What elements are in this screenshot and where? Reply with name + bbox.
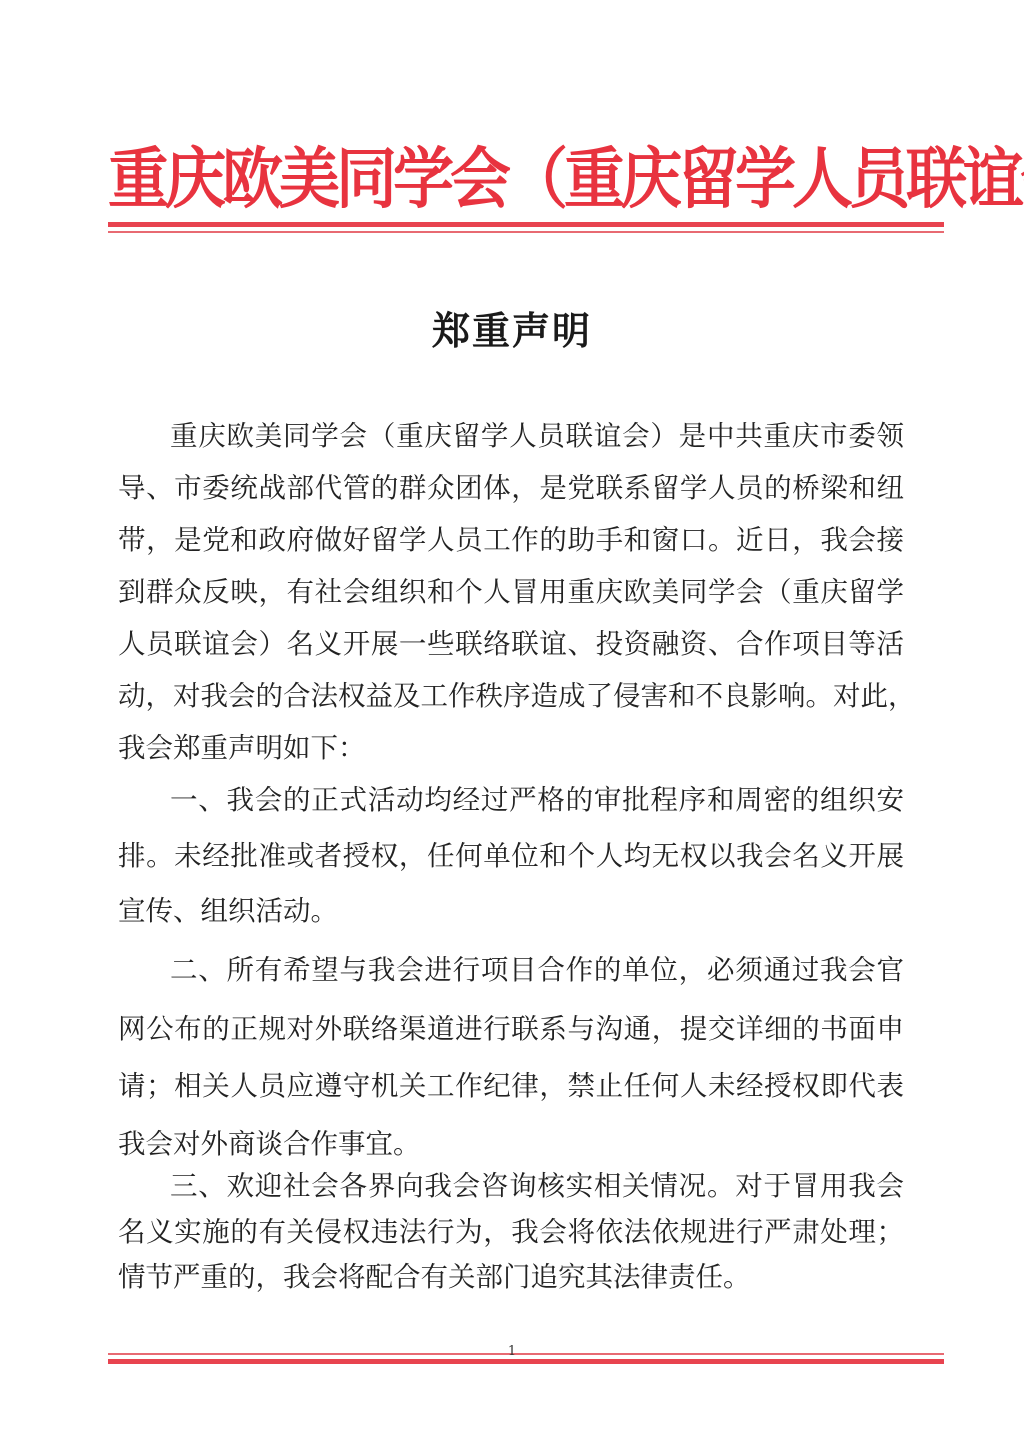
paragraph-4-line-3: 情节严重的，我会将配合有关部门追究其法律责任。 xyxy=(118,1251,904,1303)
footer-rule-thick xyxy=(108,1359,944,1364)
paragraph-3-line-3: 请；相关人员应遵守机关工作纪律，禁止任何人未经授权即代表 xyxy=(118,1060,904,1112)
paragraph-1-line-4: 到群众反映，有社会组织和个人冒用重庆欧美同学会（重庆留学 xyxy=(118,566,904,618)
paragraph-1-line-7: 我会郑重声明如下： xyxy=(118,722,904,774)
paragraph-1-line-2: 导、市委统战部代管的群众团体，是党联系留学人员的桥梁和纽 xyxy=(118,462,904,514)
paragraph-2-line-1: 一、我会的正式活动均经过严格的审批程序和周密的组织安 xyxy=(170,774,904,826)
letterhead-title: 重庆欧美同学会（重庆留学人员联谊会） xyxy=(108,137,944,223)
letterhead-rule-thick xyxy=(108,222,944,227)
paragraph-4-line-1: 三、欢迎社会各界向我会咨询核实相关情况。对于冒用我会 xyxy=(170,1160,904,1212)
paragraph-3-line-2: 网公布的正规对外联络渠道进行联系与沟通，提交详细的书面申 xyxy=(118,1003,904,1055)
paragraph-1-line-5: 人员联谊会）名义开展一些联络联谊、投资融资、合作项目等活 xyxy=(118,618,904,670)
paragraph-3-line-1: 二、所有希望与我会进行项目合作的单位，必须通过我会官 xyxy=(170,944,904,996)
page-number: 1 xyxy=(0,1344,1024,1359)
paragraph-2-line-2: 排。未经批准或者授权，任何单位和个人均无权以我会名义开展 xyxy=(118,830,904,882)
paragraph-2-line-3: 宣传、组织活动。 xyxy=(118,885,904,937)
paragraph-1-line-3: 带，是党和政府做好留学人员工作的助手和窗口。近日，我会接 xyxy=(118,514,904,566)
letterhead-rule-thin xyxy=(108,231,944,233)
paragraph-1-line-6: 动，对我会的合法权益及工作秩序造成了侵害和不良影响。对此， xyxy=(118,670,904,722)
paragraph-1-line-1: 重庆欧美同学会（重庆留学人员联谊会）是中共重庆市委领 xyxy=(170,410,904,462)
document-title: 郑重声明 xyxy=(0,300,1024,355)
